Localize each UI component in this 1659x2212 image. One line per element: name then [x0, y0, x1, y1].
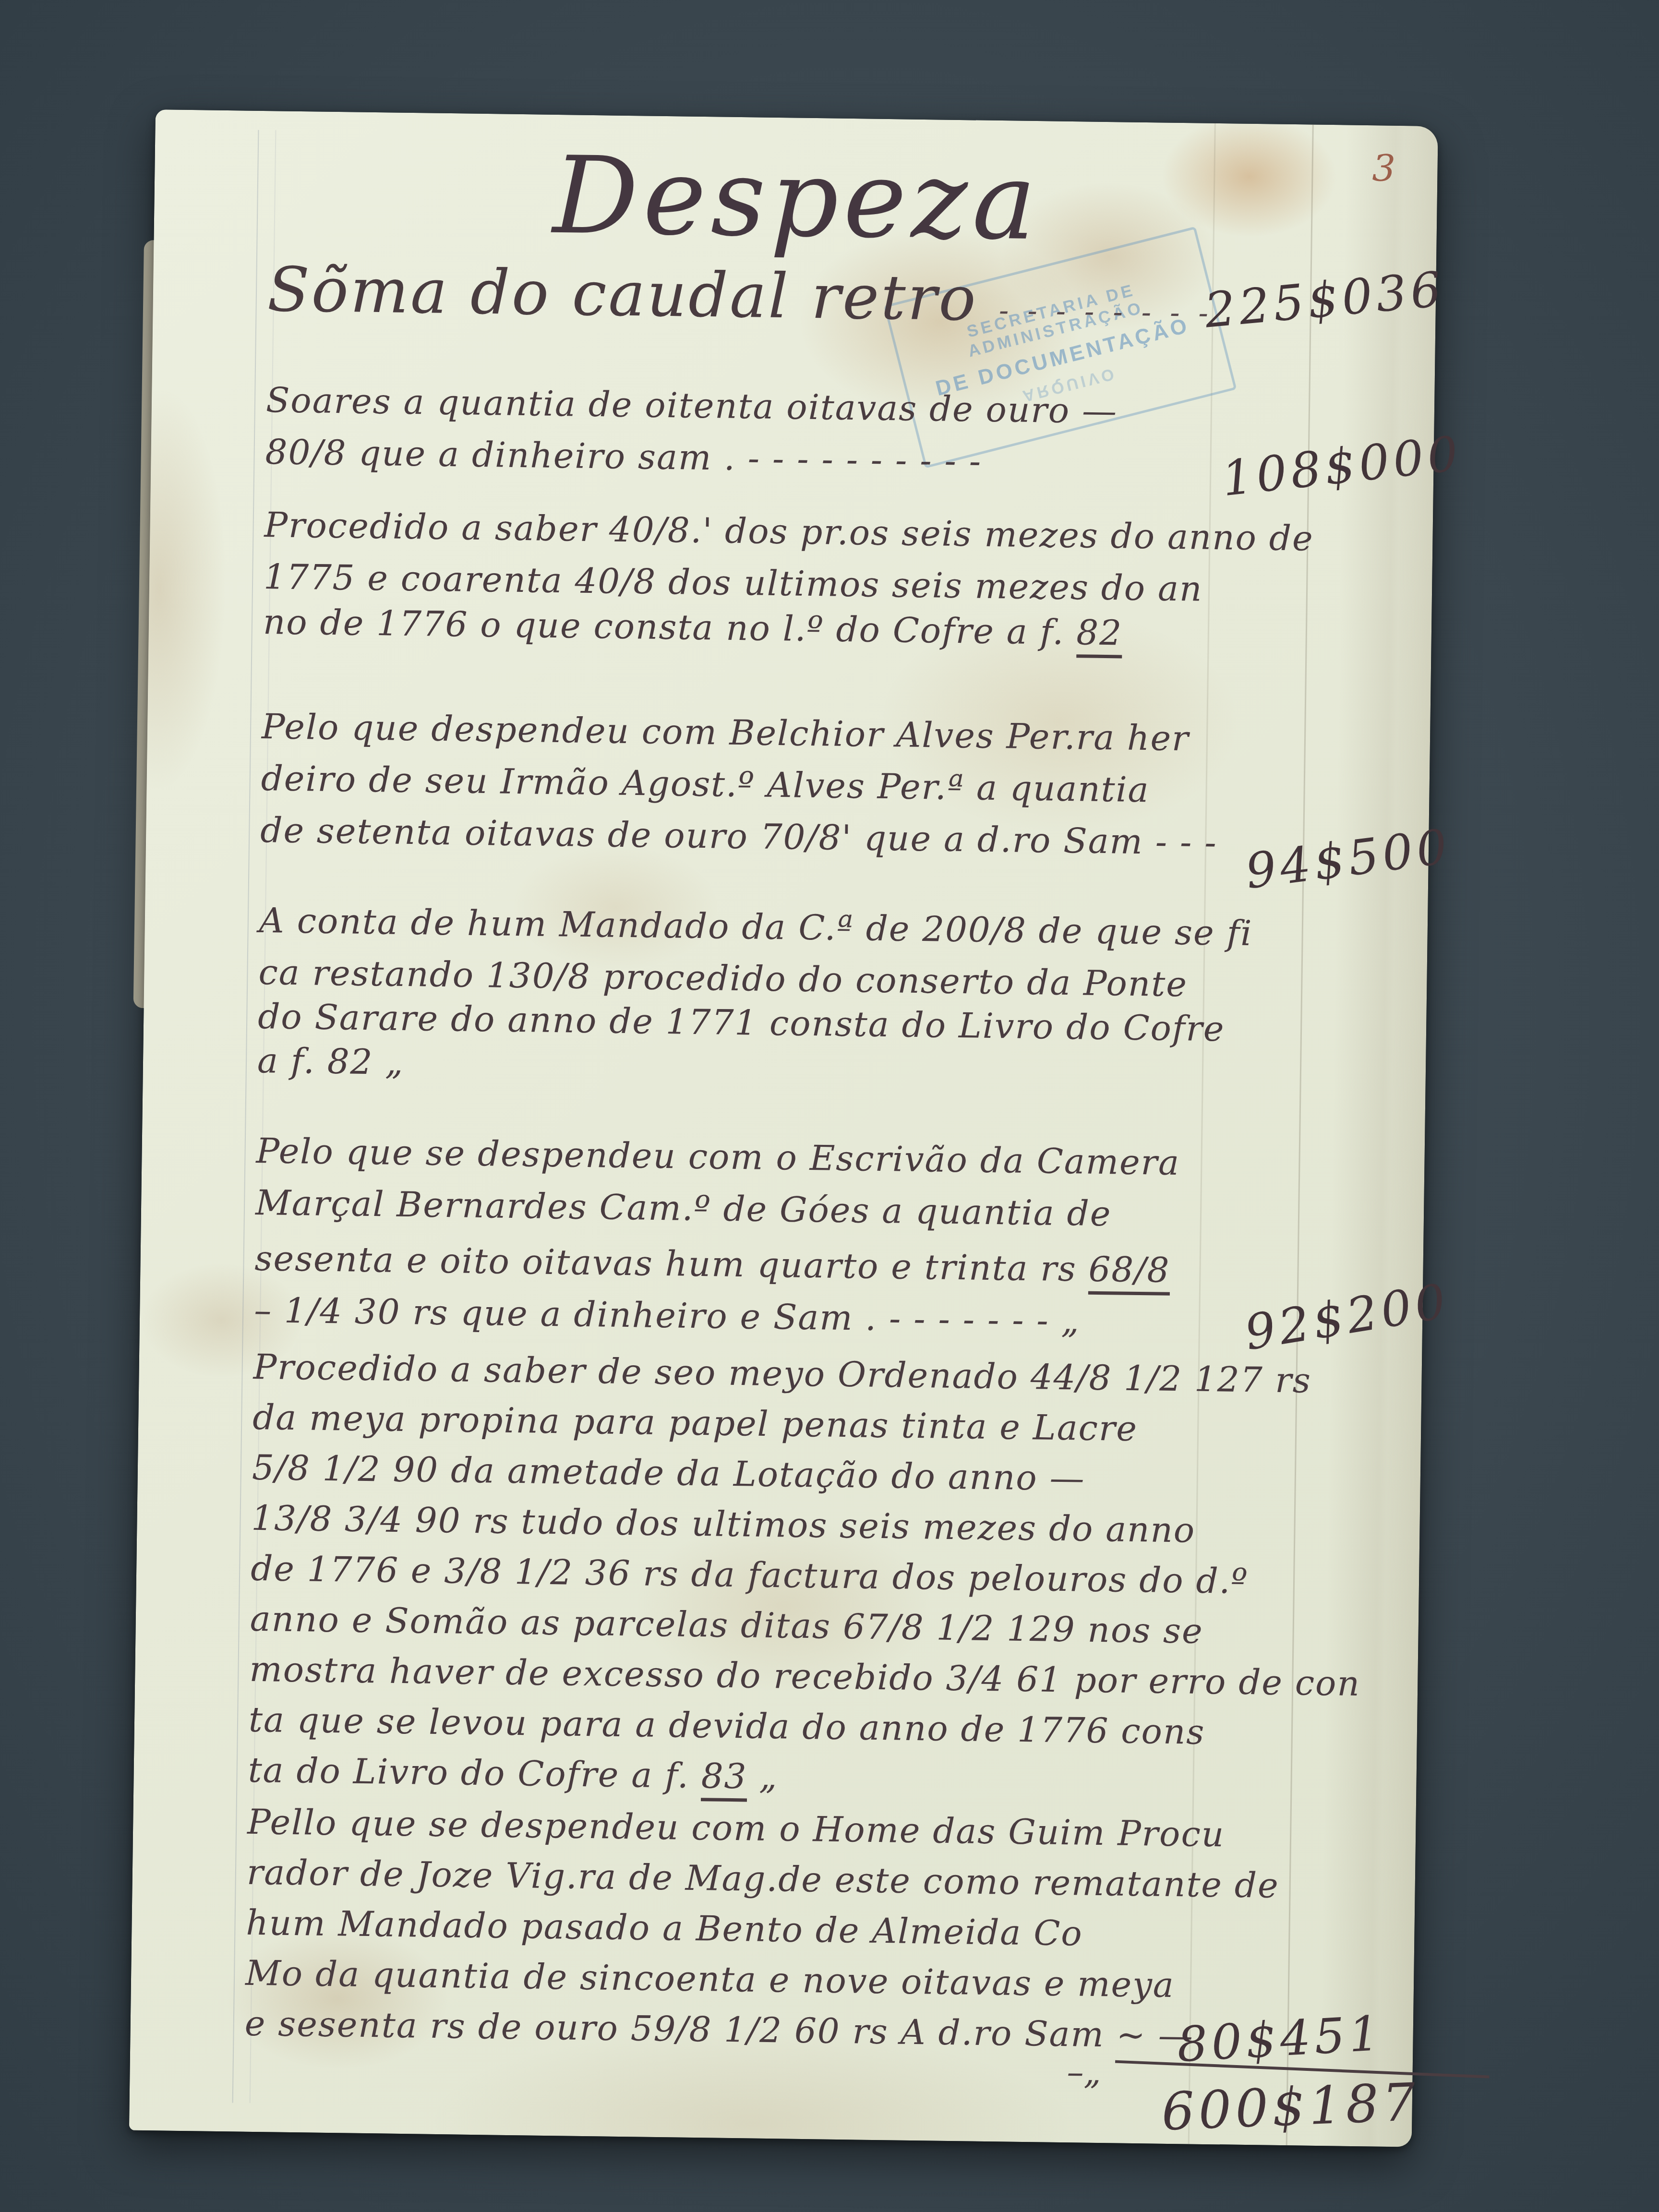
entry-line: Marçal Bernardes Cam.º de Góes a quantia… — [255, 1182, 1112, 1234]
page-title: Despeza — [552, 134, 1014, 264]
entry-line: A conta de hum Mandado da C.ª de 200/8 d… — [259, 900, 1252, 953]
leader-dots: - - - - - - - - — [999, 294, 1214, 330]
entry-line: 13/8 3/4 90 rs tudo dos ultimos seis mez… — [251, 1498, 1196, 1551]
entry-line: Procedido a saber de seo meyo Ordenado 4… — [253, 1346, 1311, 1401]
underlined-figure: 68/8 — [1088, 1249, 1170, 1296]
underlined-folio: 83 — [701, 1755, 747, 1802]
manuscript-page: 3 SECRETARIA DE ADMINISTRAÇÃO DE DOCUMEN… — [129, 109, 1438, 2147]
underlined-folio: 82 — [1076, 612, 1123, 658]
entry-line-text: no de 1776 o que consta no l.º do Cofre … — [263, 601, 1077, 652]
entry-line: deiro de seu Irmão Agost.º Alves Per.ª a… — [261, 758, 1150, 810]
entry-line: rador de Joze Vig.ra de Mag.de este como… — [246, 1852, 1279, 1906]
entry-line: 80/8 que a dinheiro sam . - - - - - - - … — [265, 432, 982, 481]
amount-column-rule — [1286, 125, 1314, 2146]
entry-line: da meya propina para papel penas tinta e… — [252, 1397, 1138, 1449]
entry-line-text: ta do Livro do Cofre a f. — [248, 1750, 701, 1796]
sum-tick: –„ — [1067, 2052, 1101, 2092]
entry-line: de 1776 e 3/8 1/2 36 rs da factura dos p… — [251, 1548, 1249, 1601]
entry-line: ta do Livro do Cofre a f. 83 „ — [248, 1750, 778, 1797]
entry-line: anno e Somão as parcelas ditas 67/8 1/2 … — [250, 1599, 1203, 1651]
entry-line: hum Mandado pasado a Bento de Almeida Co — [246, 1902, 1083, 1954]
grand-total: 600$187 — [1160, 2072, 1420, 2142]
entry-line: – 1/4 30 rs que a dinheiro e Sam . - - -… — [254, 1290, 1081, 1341]
entry-line: Pello que se despendeu com o Home das Gu… — [247, 1802, 1225, 1855]
entry-line: e sesenta rs de ouro 59/8 1/2 60 rs A d.… — [244, 2003, 1194, 2056]
entry-line: Procedido a saber 40/8.' dos pr.os seis … — [264, 505, 1314, 559]
entry-line: ca restando 130/8 procedido do conserto … — [258, 952, 1188, 1004]
entry-line: Mo da quantia de sincoenta e nove oitava… — [245, 1953, 1175, 2005]
photo-of-manuscript: { "page_number": "3", "title": "Despeza"… — [0, 0, 1659, 2212]
entry-line-text: „ — [747, 1756, 778, 1797]
amount-entry-6: 80$451 — [1176, 2005, 1385, 2073]
entry-line: 1775 e coarenta 40/8 dos ultimos seis me… — [264, 556, 1203, 609]
entry-line: a f. 82 „ — [257, 1040, 405, 1082]
entry-line: de setenta oitavas de ouro 70/8' que a d… — [260, 810, 1217, 863]
entry-line: do Sarare do anno de 1771 consta do Livr… — [258, 996, 1225, 1049]
entry-line: Pelo que despendeu com Belchior Alves Pe… — [262, 706, 1190, 758]
entry-line: Pelo que se despendeu com o Escrivão da … — [256, 1130, 1180, 1183]
entry-line: ta que se levou para a devida do anno de… — [249, 1699, 1205, 1752]
entry-line-text: sesenta e oito oitavas hum quarto e trin… — [254, 1238, 1089, 1289]
entry-line: no de 1776 o que consta no l.º do Cofre … — [263, 601, 1123, 653]
entry-line: sesenta e oito oitavas hum quarto e trin… — [254, 1238, 1170, 1290]
heading-text: Sõma do caudal retro — [267, 254, 978, 335]
page-number: 3 — [1372, 146, 1396, 190]
entry-line: 5/8 1/2 90 da ametade da Lotação do anno… — [252, 1447, 1085, 1499]
heading-line: Sõma do caudal retro - - - - - - - - — [267, 254, 1214, 338]
